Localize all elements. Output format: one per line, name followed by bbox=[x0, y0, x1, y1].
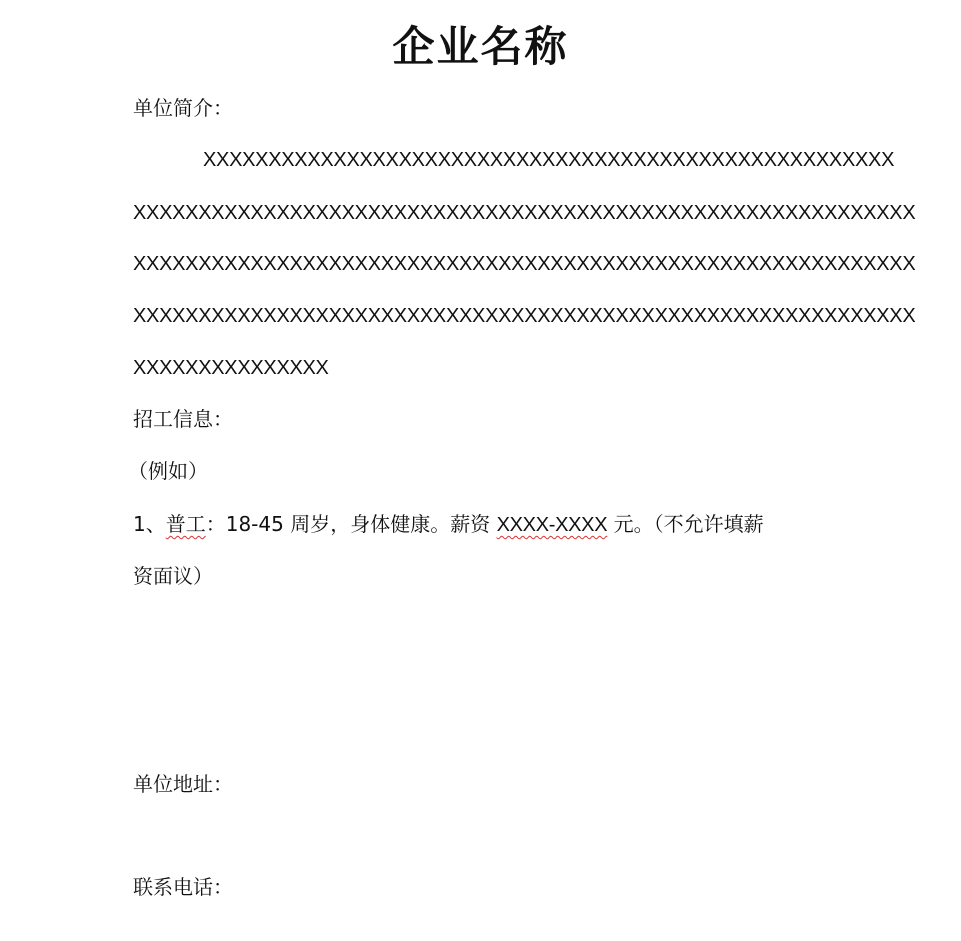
job-prefix: 1、 bbox=[133, 512, 166, 536]
intro-text-line-4: XXXXXXXXXXXXXXXXXXXXXXXXXXXXXXXXXXXXXXXX… bbox=[133, 302, 915, 330]
intro-text-line-1: XXXXXXXXXXXXXXXXXXXXXXXXXXXXXXXXXXXXXXXX… bbox=[203, 146, 894, 174]
intro-label: 单位简介： bbox=[133, 94, 233, 122]
job-line: 1、普工：18-45 周岁，身体健康。薪资 XXXX-XXXX 元。（不允许填薪 bbox=[133, 510, 764, 539]
page-title: 企业名称 bbox=[0, 14, 961, 74]
intro-text-line-3: XXXXXXXXXXXXXXXXXXXXXXXXXXXXXXXXXXXXXXXX… bbox=[133, 250, 915, 278]
job-position: 普工 bbox=[166, 512, 206, 536]
address-label: 单位地址： bbox=[133, 770, 233, 798]
job-salary: XXXX-XXXX bbox=[497, 514, 608, 536]
job-detail-end: 元。（不允许填薪 bbox=[607, 512, 763, 536]
job-line-continuation: 资面议） bbox=[133, 562, 213, 590]
intro-text-line-5: XXXXXXXXXXXXXXX bbox=[133, 354, 329, 382]
phone-label: 联系电话： bbox=[133, 873, 233, 901]
intro-text-line-2: XXXXXXXXXXXXXXXXXXXXXXXXXXXXXXXXXXXXXXXX… bbox=[133, 199, 915, 227]
recruit-label: 招工信息： bbox=[133, 405, 233, 433]
job-detail: ：18-45 周岁，身体健康。薪资 bbox=[206, 512, 497, 536]
example-note: （例如） bbox=[128, 457, 208, 485]
